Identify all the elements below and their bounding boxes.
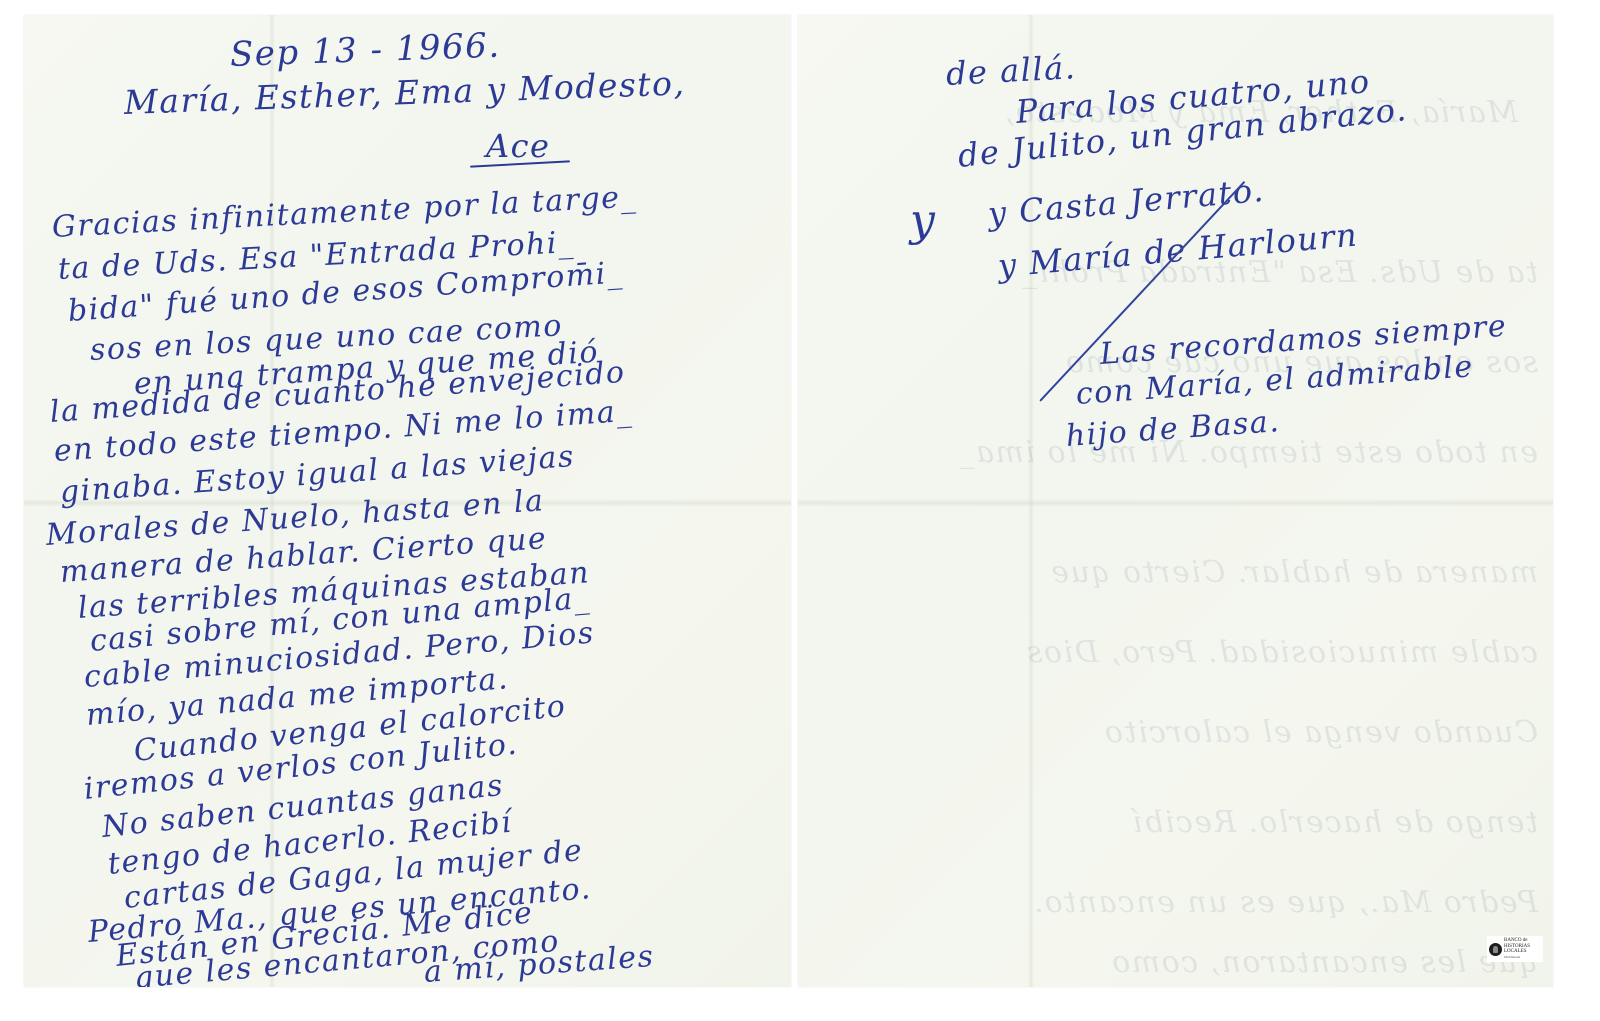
bleed-through-text: que les encantaron, como <box>1111 945 1538 980</box>
bleed-through-text: manera de hablar. Cierto que <box>1050 555 1538 590</box>
letter-page-back: María, Esther, Ema y Modesto, ta de Uds.… <box>798 15 1553 987</box>
letter-page-front: Sep 13 - 1966. María, Esther, Ema y Mode… <box>24 15 791 987</box>
letter-date: Sep 13 - 1966. <box>229 26 501 75</box>
bleed-through-text: cable minuciosidad. Pero, Dios <box>1026 635 1538 670</box>
bleed-through-text: Pedro Ma., que es un encanto. <box>1033 885 1538 920</box>
logo-text: BANCO de HISTORIAS LOCALES Multimedia <box>1504 938 1530 960</box>
tree-logo-icon <box>1489 943 1502 956</box>
bleed-through-text: tengo de hacerlo. Recibí <box>1132 805 1538 840</box>
letter-line: de allá. <box>945 48 1077 93</box>
greeting-word: Ace <box>486 127 550 165</box>
bleed-through-text: Cuando venga el calorcito <box>1103 715 1538 750</box>
letter-line: y <box>910 195 936 246</box>
letter-salutation: María, Esther, Ema y Modesto, <box>123 63 686 122</box>
fold-crease-horizontal <box>798 499 1553 507</box>
archive-watermark-logo: BANCO de HISTORIAS LOCALES Multimedia <box>1487 936 1543 962</box>
